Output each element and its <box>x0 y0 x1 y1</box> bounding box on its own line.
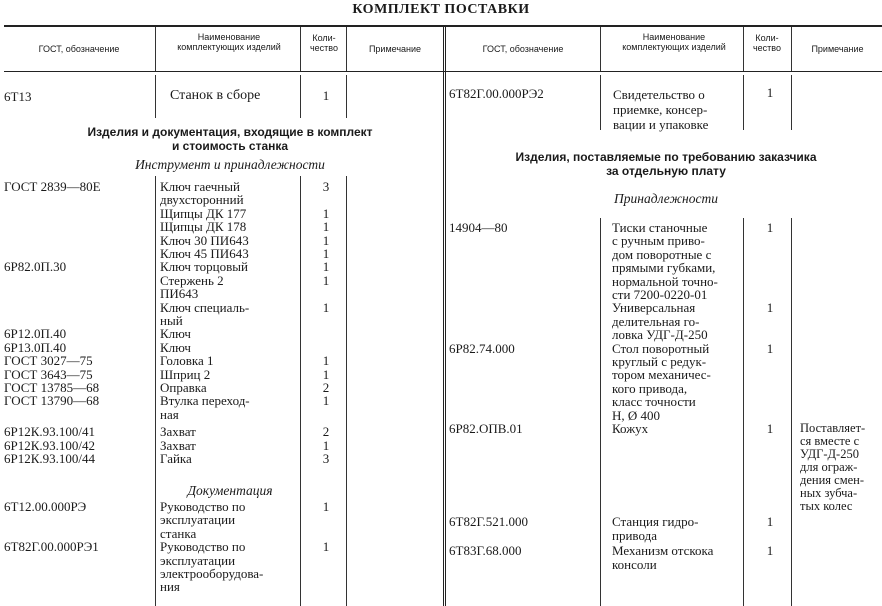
row-qty: 1 <box>316 274 336 287</box>
main-row-qty: 1 <box>760 86 780 99</box>
main-row-code: 6Т82Г.00.000РЭ2 <box>449 87 544 100</box>
header-qty: Коли-чество <box>302 33 346 53</box>
row-code: 6Т82Г.521.000 <box>449 515 528 528</box>
row-qty: 1 <box>316 247 336 260</box>
row-qty: 1 <box>316 260 336 273</box>
row-code: 6Т12.00.000РЭ <box>4 500 86 513</box>
row-code: 14904—80 <box>449 221 508 234</box>
row-qty: 1 <box>760 515 780 528</box>
row-qty: 3 <box>316 452 336 465</box>
col-divider <box>791 218 792 606</box>
row-code: 6Т82Г.00.000РЭ1 <box>4 540 99 553</box>
col-divider <box>346 75 347 118</box>
col-divider <box>346 176 347 606</box>
center-double-divider <box>443 27 446 606</box>
header-qty: Коли-чество <box>744 33 790 53</box>
row-name: Ключ гаечныйдвухсторонний <box>160 180 244 207</box>
row-name: Гайка <box>160 452 192 465</box>
col-divider <box>743 218 744 606</box>
row-name: Универсальнаяделительная го-ловка УДГ-Д-… <box>612 301 708 341</box>
col-divider <box>600 218 601 606</box>
header-gost: ГОСТ, обозначение <box>4 44 154 54</box>
row-qty: 1 <box>760 221 780 234</box>
row-name: Станция гидро-привода <box>612 515 698 542</box>
row-qty: 1 <box>760 342 780 355</box>
row-code: ГОСТ 2839—80Е <box>4 180 101 193</box>
row-name: Ключ <box>160 327 191 340</box>
row-code: 6Р82.74.000 <box>449 342 515 355</box>
row-code: 6Р12К.93.100/44 <box>4 452 95 465</box>
row-code: 6Р13.0П.40 <box>4 341 66 354</box>
row-code: 6Т83Г.68.000 <box>449 544 522 557</box>
col-divider <box>791 27 792 71</box>
header-name: Наименование комплектующих изделий <box>165 32 293 52</box>
row-name: Втулка переход-ная <box>160 394 250 421</box>
row-qty: 1 <box>316 394 336 407</box>
header-note: Примечание <box>793 44 882 54</box>
col-divider <box>743 75 744 130</box>
col-divider <box>791 75 792 130</box>
row-qty: 1 <box>316 301 336 314</box>
row-qty: 1 <box>316 220 336 233</box>
col-divider <box>155 27 156 71</box>
row-qty: 1 <box>316 540 336 553</box>
main-row-qty: 1 <box>316 89 336 102</box>
row-name: Ключ специаль-ный <box>160 301 249 328</box>
row-name: Ключ торцовый <box>160 260 248 273</box>
col-divider <box>300 75 301 118</box>
row-qty: 1 <box>760 301 780 314</box>
row-name: Кожух <box>612 422 648 435</box>
col-divider <box>300 27 301 71</box>
row-name: Механизм отскокаконсоли <box>612 544 713 571</box>
header-note: Примечание <box>348 44 442 54</box>
row-code: 6Р12.0П.40 <box>4 327 66 340</box>
header-name: Наименование комплектующих изделий <box>610 32 738 52</box>
row-name: Руководство поэксплуатациистанка <box>160 500 245 540</box>
row-code: ГОСТ 3643—75 <box>4 368 93 381</box>
row-name: Шприц 2 <box>160 368 210 381</box>
row-qty: 1 <box>760 422 780 435</box>
row-name: Захват <box>160 425 196 438</box>
row-name: Головка 1 <box>160 354 213 367</box>
col-divider <box>155 176 156 606</box>
subsection-docs: Документация <box>160 483 300 499</box>
row-code: ГОСТ 3027—75 <box>4 354 93 367</box>
row-qty: 1 <box>316 439 336 452</box>
row-code: 6Р12К.93.100/42 <box>4 439 95 452</box>
row-name: Ключ <box>160 341 191 354</box>
row-name: Руководство поэксплуатацииэлектрооборудо… <box>160 540 263 594</box>
row-qty: 1 <box>316 500 336 513</box>
row-qty: 2 <box>316 381 336 394</box>
document-title: КОМПЛЕКТ ПОСТАВКИ <box>0 2 882 18</box>
row-code: 6Р12К.93.100/41 <box>4 425 95 438</box>
row-note: Поставляет-ся вместе сУДГ-Д-250для ограж… <box>800 422 865 513</box>
row-name: Ключ 30 ПИ643 <box>160 234 249 247</box>
row-qty: 1 <box>316 354 336 367</box>
main-row-name: Свидетельство оприемке, консер-вации и у… <box>613 87 708 132</box>
row-qty: 3 <box>316 180 336 193</box>
col-divider <box>600 75 601 130</box>
row-qty: 1 <box>316 368 336 381</box>
row-qty: 1 <box>760 544 780 557</box>
main-row-code: 6Т13 <box>4 90 31 103</box>
row-name: Захват <box>160 439 196 452</box>
col-divider <box>600 27 601 71</box>
row-name: Щипцы ДК 177 <box>160 207 246 220</box>
col-divider <box>155 75 156 118</box>
subsection-accessories: Принадлежности <box>450 191 882 207</box>
row-code: ГОСТ 13790—68 <box>4 394 99 407</box>
row-code: 6Р82.ОПВ.01 <box>449 422 523 435</box>
section-title-included: Изделия и документация, входящие в компл… <box>60 125 400 153</box>
col-divider <box>346 27 347 71</box>
row-code: ГОСТ 13785—68 <box>4 381 99 394</box>
row-qty: 2 <box>316 425 336 438</box>
row-name: Стержень 2ПИ643 <box>160 274 224 301</box>
subsection-tools: Инструмент и принадлежности <box>60 157 400 173</box>
col-divider <box>300 176 301 606</box>
header-gost: ГОСТ, обозначение <box>448 44 598 54</box>
row-name: Тиски станочныес ручным приво-дом поворо… <box>612 221 718 301</box>
row-qty: 1 <box>316 207 336 220</box>
row-name: Стол поворотныйкруглый с редук-тором мех… <box>612 342 711 422</box>
row-qty: 1 <box>316 234 336 247</box>
row-name: Щипцы ДК 178 <box>160 220 246 233</box>
row-code: 6Р82.0П.30 <box>4 260 66 273</box>
main-row-name: Станок в сборе <box>170 89 260 102</box>
row-name: Ключ 45 ПИ643 <box>160 247 249 260</box>
row-name: Оправка <box>160 381 207 394</box>
section-title-optional: Изделия, поставляемые по требованию зака… <box>450 150 882 178</box>
